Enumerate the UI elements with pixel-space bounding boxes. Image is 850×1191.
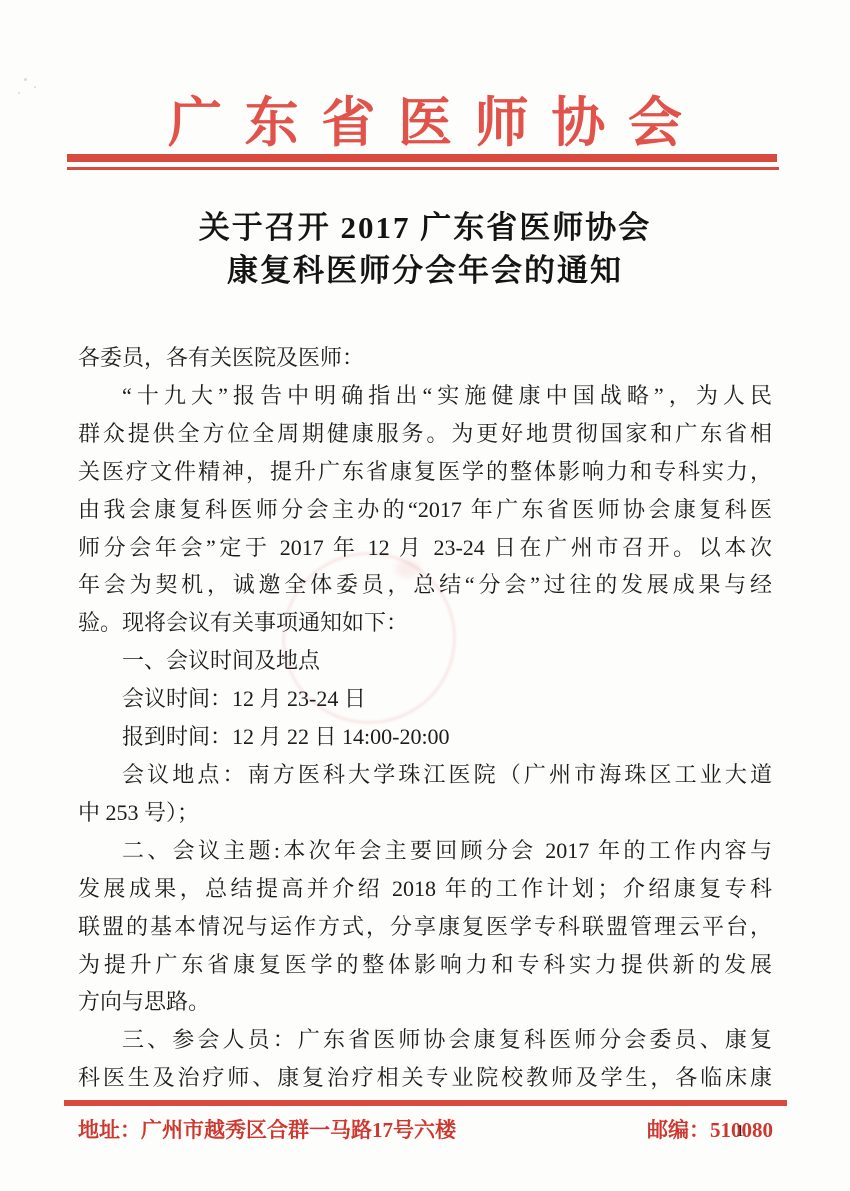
body-line: 科医生及治疗师、康复治疗相关专业院校教师及学生，各临床康 xyxy=(78,1059,772,1097)
body-line: “十九大”报告中明确指出“实施健康中国战略”，为人民 xyxy=(78,377,772,415)
footer-postcode: 邮编：510080 xyxy=(647,1114,773,1144)
body-line: 验。现将会议有关事项通知如下： xyxy=(78,604,772,642)
footer: 地址：广州市越秀区合群一马路17号六楼 邮编：510080 xyxy=(78,1114,773,1144)
body-line: 师分会年会”定于 2017 年 12 月 23-24 日在广州市召开。以本次 xyxy=(78,529,772,567)
body-line: 一、会议时间及地点 xyxy=(78,642,772,680)
letterhead-rule-thick xyxy=(67,154,777,162)
document-page: 广东省医师协会 关于召开 2017 广东省医师协会 康复科医师分会年会的通知 各… xyxy=(0,0,850,1191)
body-line: 三、参会人员：广东省医师协会康复科医师分会委员、康复 xyxy=(78,1021,772,1059)
letterhead-org-name: 广东省医师协会 xyxy=(0,80,850,157)
letterhead-rule-thin xyxy=(67,167,779,170)
body-line: 会议地点：南方医科大学珠江医院（广州市海珠区工业大道 xyxy=(78,756,772,794)
body-line: 二、会议主题:本次年会主要回顾分会 2017 年的工作内容与 xyxy=(78,832,772,870)
scan-speckle xyxy=(34,86,36,88)
scan-speckle xyxy=(24,78,27,81)
body-text: 各委员，各有关医院及医师： “十九大”报告中明确指出“实施健康中国战略”，为人民… xyxy=(78,339,772,1097)
footer-address: 地址：广州市越秀区合群一马路17号六楼 xyxy=(78,1114,456,1144)
body-line: 中 253 号）； xyxy=(78,794,772,832)
body-line: 发展成果，总结提高并介绍 2018 年的工作计划；介绍康复专科 xyxy=(78,870,772,908)
body-line: 关医疗文件精神，提升广东省康复医学的整体影响力和专科实力， xyxy=(78,453,772,491)
document-title-line1: 关于召开 2017 广东省医师协会 xyxy=(0,206,850,249)
body-line: 由我会康复科医师分会主办的“2017 年广东省医师协会康复科医 xyxy=(78,491,772,529)
document-title-line2: 康复科医师分会年会的通知 xyxy=(0,249,850,292)
body-line: 为提升广东省康复医学的整体影响力和专科实力提供新的发展 xyxy=(78,946,772,984)
body-line: 方向与思路。 xyxy=(78,983,772,1021)
document-title: 关于召开 2017 广东省医师协会 康复科医师分会年会的通知 xyxy=(0,206,850,292)
body-line: 年会为契机，诚邀全体委员，总结“分会”过往的发展成果与经 xyxy=(78,566,772,604)
letterhead-org-name-text: 广东省医师协会 xyxy=(168,93,705,153)
body-line: 报到时间：12 月 22 日 14:00-20:00 xyxy=(78,718,772,756)
page-number: 1 xyxy=(736,1121,745,1141)
body-line: 群众提供全方位全周期健康服务。为更好地贯彻国家和广东省相 xyxy=(78,415,772,453)
body-line: 各委员，各有关医院及医师： xyxy=(78,339,772,377)
body-line: 联盟的基本情况与运作方式，分享康复医学专科联盟管理云平台， xyxy=(78,908,772,946)
body-line: 会议时间：12 月 23-24 日 xyxy=(78,680,772,718)
footer-rule xyxy=(64,1100,787,1106)
scan-speckle xyxy=(18,92,20,94)
